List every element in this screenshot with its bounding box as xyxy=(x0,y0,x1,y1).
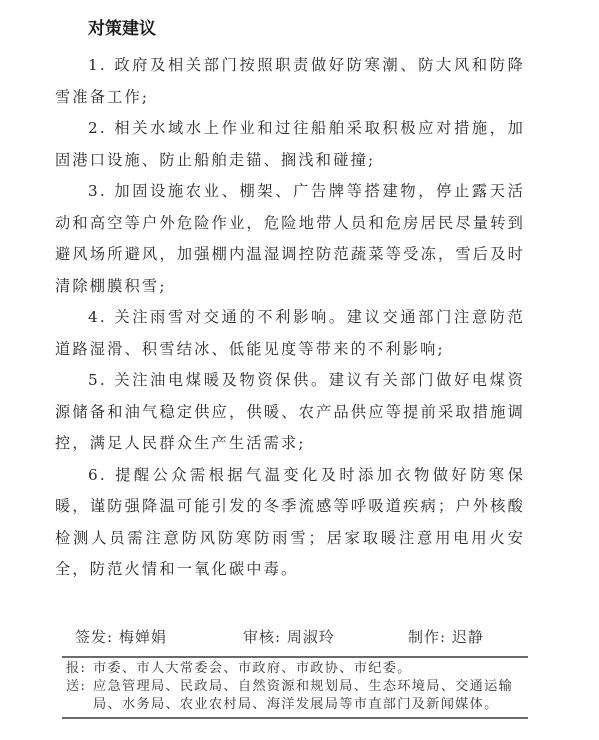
signature-row: 签发: 梅婵娟 审核: 周淑玲 制作: 迟静 xyxy=(75,626,515,650)
recommendation-2: 2. 相关水域水上作业和过往船舶采取积极应对措施，加固港口设施、防止船舶走锚、搁… xyxy=(55,113,525,176)
send-to-row-cont: 局、水务局、农业农村局、海洋发展局等市直部门及新闻媒体。 xyxy=(66,696,526,714)
recommendation-6: 6. 提醒公众需根据气温变化及时添加衣物做好防寒保暖，谨防强降温可能引发的冬季流… xyxy=(55,460,525,586)
recommendation-3: 3. 加固设施农业、棚架、广告牌等搭建物，停止露天活动和高空等户外危险作业，危险… xyxy=(55,176,525,302)
divider-top xyxy=(62,656,528,658)
recommendation-1: 1. 政府及相关部门按照职责做好防寒潮、防大风和防降雪准备工作; xyxy=(55,50,525,113)
issuer-signature: 签发: 梅婵娟 xyxy=(75,626,167,647)
recommendation-5: 5. 关注油电煤暖及物资保供。建议有关部门做好电煤资源储备和油气稳定供应，供暖、… xyxy=(55,365,525,460)
recommendations-body: 1. 政府及相关部门按照职责做好防寒潮、防大风和防降雪准备工作; 2. 相关水域… xyxy=(55,50,525,586)
report-label: 报: xyxy=(66,660,93,678)
send-recipients-line2: 局、水务局、农业农村局、海洋发展局等市直部门及新闻媒体。 xyxy=(93,696,526,714)
reviewer-signature: 审核: 周淑玲 xyxy=(243,626,335,647)
send-label: 送: xyxy=(66,678,93,696)
section-title: 对策建议 xyxy=(88,14,156,39)
send-to-row: 送: 应急管理局、民政局、自然资源和规划局、生态环境局、交通运输 xyxy=(66,678,526,696)
document-page: 对策建议 1. 政府及相关部门按照职责做好防寒潮、防大风和防降雪准备工作; 2.… xyxy=(0,0,599,740)
send-recipients-line1: 应急管理局、民政局、自然资源和规划局、生态环境局、交通运输 xyxy=(93,678,526,696)
report-to-row: 报: 市委、市人大常委会、市政府、市政协、市纪委。 xyxy=(66,660,526,678)
divider-bottom xyxy=(62,717,528,719)
report-recipients: 市委、市人大常委会、市政府、市政协、市纪委。 xyxy=(93,660,526,678)
send-label-spacer xyxy=(66,696,93,714)
distribution-list: 报: 市委、市人大常委会、市政府、市政协、市纪委。 送: 应急管理局、民政局、自… xyxy=(66,660,526,714)
recommendation-4: 4. 关注雨雪对交通的不利影响。建议交通部门注意防范道路湿滑、积雪结冰、低能见度… xyxy=(55,302,525,365)
producer-signature: 制作: 迟静 xyxy=(408,626,484,647)
